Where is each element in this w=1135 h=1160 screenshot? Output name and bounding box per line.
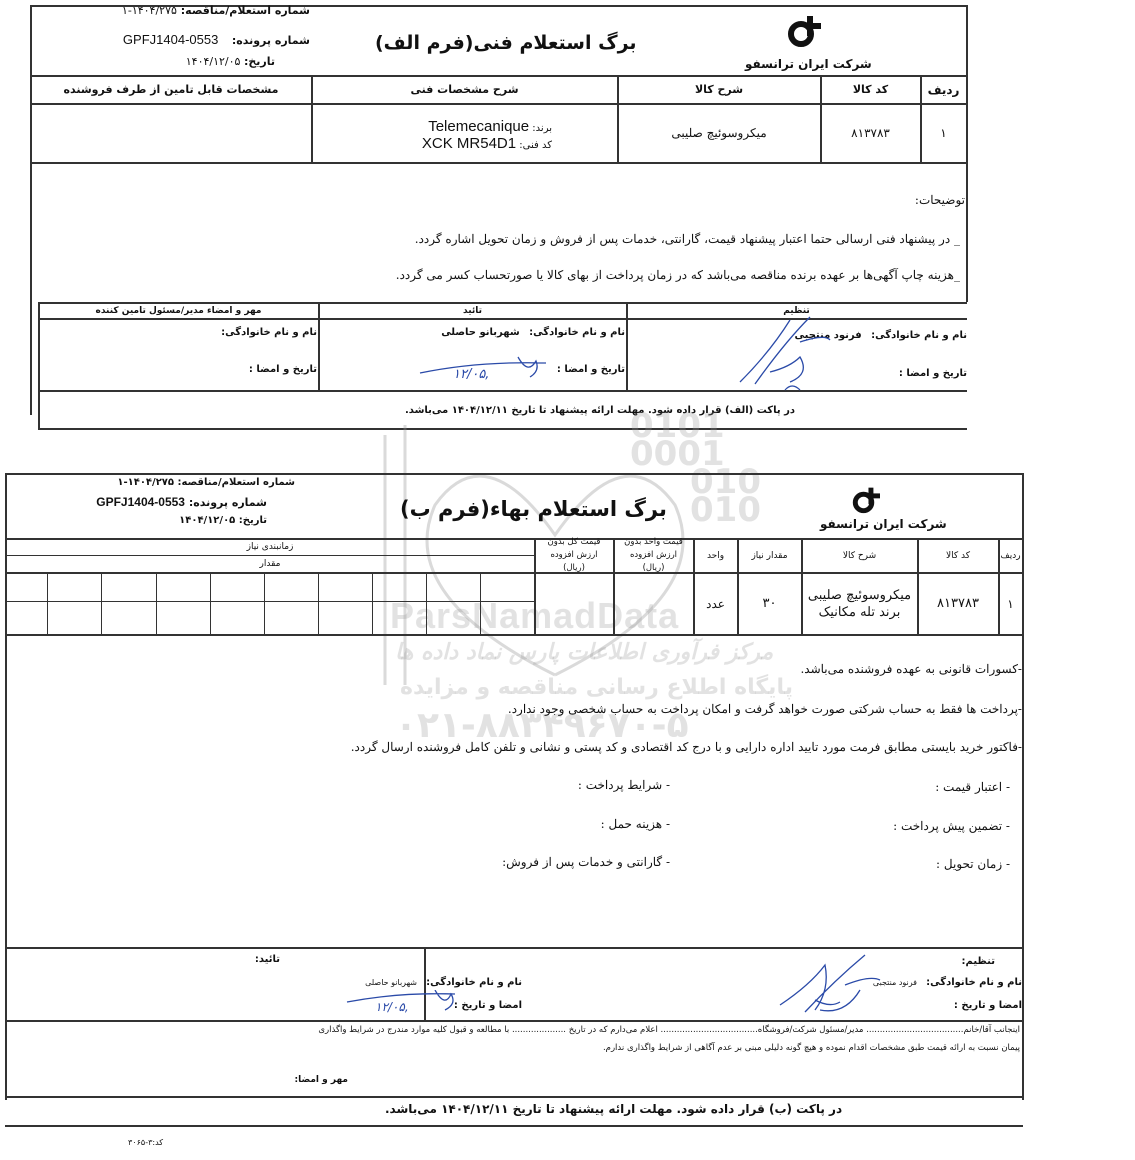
qty-cell: ۳۰ — [738, 573, 801, 634]
header-item-desc: شرح کالا — [802, 539, 917, 572]
term-shipping-cost: - هزینه حمل : — [601, 817, 670, 831]
header-vendor-specs: مشخصات قابل تامین از طرف فروشنده — [31, 76, 311, 103]
approved-name-label: نام و نام خانوادگی: — [529, 327, 625, 338]
header-qty: مقدار نیاز — [738, 539, 801, 572]
company-logo-icon — [851, 486, 881, 514]
inquiry-label: شماره استعلام/مناقصه: — [181, 4, 310, 17]
company-name: شرکت ایران ترانسفو — [820, 517, 947, 531]
term-delivery-time: - زمان تحویل : — [936, 857, 1010, 871]
date-value: ۱۴۰۴/۱۲/۰۵ — [186, 55, 241, 68]
header-item-desc: شرح کالا — [618, 76, 820, 103]
file-number: GPFJ1404-0553 — [96, 495, 185, 509]
divider — [38, 302, 40, 429]
prepared-header: تنظیم — [627, 303, 966, 318]
divider — [38, 428, 967, 430]
date-value: ۱۴۰۴/۱۲/۰۵ — [179, 515, 235, 526]
total-price-cell[interactable] — [535, 573, 613, 634]
techcode-value: XCK MR54D1 — [422, 135, 516, 152]
file-label: شماره پرونده: — [232, 34, 310, 47]
divider — [5, 601, 534, 602]
divider — [47, 572, 48, 635]
divider — [101, 572, 102, 635]
vendor-specs-cell[interactable] — [31, 104, 311, 162]
approved-header: تائید — [319, 303, 626, 318]
row-number-cell: ۱ — [921, 104, 966, 162]
brand-value: Telemecanique — [428, 118, 529, 135]
approved-sign-label: تاریخ و امضا : — [557, 364, 625, 375]
term-price-validity: - اعتبار قیمت : — [935, 780, 1010, 794]
divider — [30, 162, 967, 164]
divider — [30, 5, 32, 415]
divider — [38, 318, 967, 320]
header-tech-specs: شرح مشخصات فنی — [312, 76, 617, 103]
divider — [264, 572, 265, 635]
note-item: -فاکتور خرید بایستی مطابق فرمت مورد تایی… — [351, 740, 1022, 754]
inquiry-number-line: شماره استعلام/مناقصه: ۱۴۰۴/۲۷۵-۱ — [122, 4, 310, 17]
inquiry-label: شماره استعلام/مناقصه: — [178, 477, 296, 488]
item-code-cell: ۸۱۳۷۸۳ — [821, 104, 920, 162]
note-item: -پرداخت ها فقط به حساب شرکتی صورت خواهد … — [508, 702, 1022, 716]
prepared-sign-label: تاریخ و امضا : — [899, 368, 967, 379]
prepared-name-line: نام و نام خانوادگی: فرنود منتجبی — [795, 330, 967, 341]
approved-name: شهربانو حاصلی — [441, 327, 520, 338]
header-amount: مقدار — [6, 556, 534, 572]
item-desc-cell: میکروسوئیچ صلیبی — [618, 104, 820, 162]
term-warranty: - گارانتی و خدمات پس از فروش: — [502, 855, 670, 869]
divider — [5, 1020, 1023, 1022]
header-schedule: زمانبندی نیاز — [6, 539, 534, 555]
watermark-binary-line: 0001 — [630, 440, 761, 468]
company-name: شرکت ایران ترانسفو — [745, 57, 872, 71]
stamp-label: مهر و امضا: — [295, 1075, 348, 1085]
watermark-line2: پایگاه اطلاع رسانی مناقصه و مزایده — [400, 675, 793, 700]
header-item-code: کد کالا — [821, 76, 920, 103]
item-desc-cell: میکروسوئیچ صلیبی برند تله مکانیک — [802, 573, 917, 634]
note-item: -کسورات قانونی به عهده فروشنده می‌باشد. — [800, 662, 1022, 676]
header-unit-price: قیمت واحد بدون ارزش افزوده (ریال) — [614, 539, 693, 572]
prepared-name-line: نام و نام خانوادگی: فرنود منتجبی — [873, 977, 1022, 988]
date-line: تاریخ: ۱۴۰۴/۱۲/۰۵ — [186, 55, 275, 68]
inquiry-number: ۱۴۰۴/۲۷۵-۱ — [117, 477, 174, 488]
prepared-name: فرنود منتجبی — [795, 330, 862, 341]
divider — [5, 473, 1023, 475]
divider — [480, 572, 481, 635]
date-label: تاریخ: — [239, 515, 267, 526]
prepared-name-label: نام و نام خانوادگی: — [926, 977, 1022, 988]
divider — [5, 947, 1023, 949]
file-label: شماره پرونده: — [189, 496, 267, 509]
divider — [38, 390, 967, 392]
form-a-footer: در پاکت (الف) قرار داده شود. مهلت ارائه … — [405, 405, 795, 416]
approved-header: تائید: — [255, 954, 280, 965]
vendor-sign-label: تاریخ و امضا : — [249, 364, 317, 375]
form-title: برگ استعلام بهاء(فرم ب) — [400, 497, 667, 521]
tech-specs-cell: برند: Telemecanique کد فنی: XCK MR54D1 — [312, 104, 617, 162]
term-prepayment-guarantee: - تضمین پیش پرداخت : — [893, 819, 1010, 833]
approved-name-label: نام و نام خانوادگی: — [426, 977, 522, 988]
divider — [156, 572, 157, 635]
file-number-line: شماره پرونده: GPFJ1404-0553 — [96, 495, 267, 509]
approved-name: شهربانو حاصلی — [365, 978, 417, 987]
divider — [318, 572, 319, 635]
brand-label: برند: — [532, 123, 552, 134]
header-total-price: قیمت کل بدون ارزش افزوده (ریال) — [535, 539, 613, 572]
divider — [5, 1096, 1023, 1098]
prepared-header: تنظیم: — [961, 956, 995, 967]
notes-title: توضیحات: — [915, 193, 965, 207]
prepared-signature-icon — [730, 312, 840, 392]
watermark-binary-line: 0101 — [630, 412, 761, 440]
row-number-cell: ۱ — [999, 573, 1022, 634]
date-line: تاریخ: ۱۴۰۴/۱۲/۰۵ — [179, 515, 267, 526]
divider — [966, 5, 968, 302]
inquiry-number-line: شماره استعلام/مناقصه: ۱۴۰۴/۲۷۵-۱ — [117, 477, 295, 488]
techcode-label: کد فنی: — [519, 140, 552, 151]
vendor-signature-header: مهر و امضاء مدیر/مسئول تامین کننده — [39, 303, 318, 318]
approved-name-line: نام و نام خانوادگی: شهربانو حاصلی — [365, 977, 522, 988]
divider — [210, 572, 211, 635]
divider — [5, 1125, 1023, 1127]
unit-price-cell[interactable] — [614, 573, 693, 634]
date-label: تاریخ: — [244, 55, 275, 68]
form-b-footer: در پاکت (ب) قرار داده شود. مهلت ارائه پی… — [385, 1102, 842, 1116]
file-number: GPFJ1404-0553 — [123, 32, 218, 47]
divider — [1022, 473, 1024, 1100]
header-item-code: کد کالا — [918, 539, 998, 572]
form-code: کد:۳-۳۰۶۵ — [128, 1138, 163, 1147]
prepared-sign-label: امضا و تاریخ : — [954, 1000, 1022, 1011]
file-number-line: شماره پرونده: GPFJ1404-0553 — [123, 32, 310, 47]
term-payment: - شرایط پرداخت : — [578, 778, 670, 792]
header-row: ردیف — [999, 539, 1022, 572]
inquiry-number: ۱۴۰۴/۲۷۵-۱ — [122, 4, 177, 17]
declaration-line2: پیمان نسبت به ارائه قیمت طبق مشخصات اقدا… — [603, 1043, 1020, 1053]
item-desc-line2: برند تله مکانیک — [819, 604, 901, 621]
prepared-name: فرنود منتجبی — [873, 978, 917, 987]
prepared-name-label: نام و نام خانوادگی: — [871, 330, 967, 341]
approved-handwritten-date: ۱۲/۰۵, — [375, 1000, 409, 1014]
watermark-binary-line: 010 — [690, 496, 761, 524]
divider — [372, 572, 373, 635]
approved-name-line: نام و نام خانوادگی: شهربانو حاصلی — [441, 327, 625, 338]
approved-sign-label: امضا و تاریخ : — [454, 1000, 522, 1011]
note-item: _ در پیشنهاد فنی ارسالی حتما اعتبار پیشن… — [415, 232, 960, 246]
prepared-signature-icon — [775, 950, 885, 1020]
header-row: ردیف — [921, 76, 966, 103]
company-logo-icon — [786, 14, 822, 48]
item-desc-line1: میکروسوئیچ صلیبی — [808, 587, 911, 604]
approved-handwritten-date: ۱۲/۰۵, — [453, 367, 489, 382]
vendor-name-label: نام و نام خانوادگی: — [221, 327, 317, 338]
note-item: _هزینه چاپ آگهی‌ها بر عهده برنده مناقصه … — [396, 268, 960, 282]
form-title: برگ استعلام فنی(فرم الف) — [375, 32, 637, 54]
divider — [5, 634, 1023, 636]
header-unit: واحد — [694, 539, 737, 572]
watermark-line1: مرکز فرآوری اطلاعات پارس نماد داده ها — [395, 640, 773, 665]
unit-cell: عدد — [694, 573, 737, 634]
declaration-line1: اینجانب آقا/خانم........................… — [318, 1025, 1020, 1035]
item-code-cell: ۸۱۳۷۸۳ — [918, 573, 998, 634]
divider — [426, 572, 427, 635]
